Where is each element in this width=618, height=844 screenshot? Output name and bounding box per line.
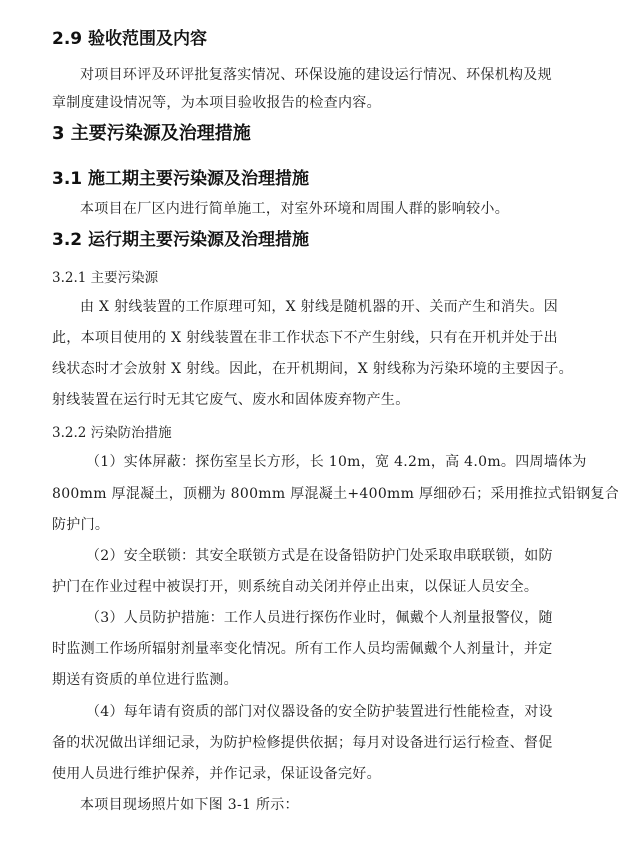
measure-2-line: （2）安全联锁：其安全联锁方式是在设备铅防护门处采取串联联锁，如防 [86,545,553,565]
paragraph-line: 射线装置在运行时无其它废气、废水和固体废弃物产生。 [52,389,410,409]
heading-3-2-2: 3.2.2 污染防治措施 [52,421,172,441]
measure-4-line: 备的状况做出详细记录，为防护检修提供依据；每月对设备进行运行检查、督促 [52,732,553,752]
measure-4-line: （4）每年请有资质的部门对仪器设备的安全防护装置进行性能检查，对设 [86,701,553,721]
measure-1-line: 800mm 厚混凝土，顶棚为 800mm 厚混凝土+400mm 厚细砂石；采用推… [52,483,618,503]
paragraph-line: 线状态时才会放射 X 射线。因此，在开机期间，X 射线称为污染环境的主要因子。 [52,358,573,378]
measure-4-line: 使用人员进行维护保养，并作记录，保证设备完好。 [52,763,381,783]
figure-reference-line: 本项目现场照片如下图 3-1 所示： [80,794,299,814]
paragraph-line: 对项目环评及环评批复落实情况、环保设施的建设运行情况、环保机构及规 [80,64,552,84]
measure-1-line: 防护门。 [52,514,109,534]
measure-3-line: 期送有资质的单位进行监测。 [52,669,238,689]
measure-1-line: （1）实体屏蔽：探伤室呈长方形，长 10m，宽 4.2m，高 4.0m。四周墙体… [86,451,587,471]
measure-2-line: 护门在作业过程中被误打开，则系统自动关闭并停止出束，以保证人员安全。 [52,576,538,596]
paragraph-line: 章制度建设情况等，为本项目验收报告的检查内容。 [52,92,381,112]
paragraph-line: 由 X 射线装置的工作原理可知，X 射线是随机器的开、关而产生和消失。因 [80,296,558,316]
paragraph-line: 本项目在厂区内进行简单施工，对室外环境和周围人群的影响较小。 [80,198,509,218]
heading-3-1: 3.1 施工期主要污染源及治理措施 [52,164,309,189]
paragraph-line: 此，本项目使用的 X 射线装置在非工作状态下不产生射线，只有在开机并处于出 [52,327,558,347]
measure-3-line: 时监测工作场所辐射剂量率变化情况。所有工作人员均需佩戴个人剂量计，并定 [52,638,553,658]
heading-3-2: 3.2 运行期主要污染源及治理措施 [52,225,309,250]
heading-3: 3 主要污染源及治理措施 [52,119,251,145]
measure-3-line: （3）人员防护措施：工作人员进行探伤作业时，佩戴个人剂量报警仪，随 [86,607,553,627]
heading-2-9: 2.9 验收范围及内容 [52,24,207,49]
heading-3-2-1: 3.2.1 主要污染源 [52,266,158,286]
